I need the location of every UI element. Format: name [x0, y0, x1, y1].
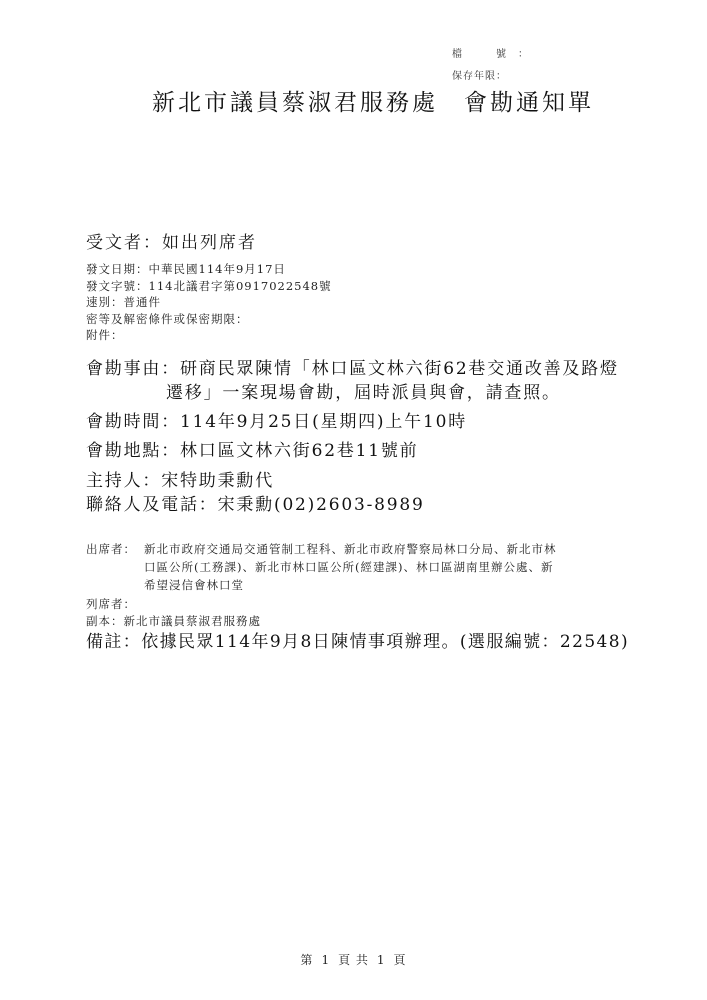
- page-prefix: 第: [300, 953, 313, 967]
- archive-number-label: 檔 號：: [452, 45, 540, 60]
- attachments: 附件：: [86, 327, 332, 344]
- document-meta: 發文日期：中華民國114年9月17日 發文字號：114北議君字第09170225…: [86, 261, 332, 344]
- remark: 備註：依據民眾114年9月8日陳情事項辦理。(選服編號：22548): [86, 627, 629, 652]
- contact-label: 聯絡人及電話：: [86, 495, 218, 515]
- host-value: 宋特助秉勳代: [161, 471, 274, 491]
- inspection-subject: 會勘事由：研商民眾陳情「林口區文林六街62巷交通改善及路燈 遷移」一案現場會勘，…: [86, 357, 619, 405]
- page-suffix: 頁: [394, 953, 407, 967]
- subject-line-1: 研商民眾陳情「林口區文林六街62巷交通改善及路燈: [180, 359, 619, 379]
- document-title: 新北市議員蔡淑君服務處會勘通知單: [152, 84, 594, 117]
- speed-class-value: 普通件: [124, 295, 162, 309]
- cc-label: 副本：: [86, 614, 124, 628]
- attendees: 出席者： 新北市政府交通局交通管制工程科、新北市政府警察局林口分局、新北市林 口…: [86, 541, 646, 595]
- retention-period-label: 保存年限：: [452, 71, 507, 82]
- cc-value: 新北市議員蔡淑君服務處: [124, 614, 262, 628]
- observers: 列席者：: [86, 596, 136, 612]
- subject-line-2: 遷移」一案現場會勘，屆時派員與會，請查照。: [166, 383, 561, 403]
- issue-date-label: 發文日期：: [86, 262, 149, 276]
- recipient-label: 受文者：: [86, 233, 162, 253]
- inspection-time: 會勘時間：114年9月25日(星期四)上午10時: [86, 410, 467, 434]
- document-type: 會勘通知單: [464, 90, 594, 116]
- attendees-line: 口區公所(工務課)、新北市林口區公所(經建課)、林口區湖南里辦公處、新: [144, 559, 646, 577]
- attendees-label: 出席者：: [86, 541, 136, 557]
- inspection-time-label: 會勘時間：: [86, 412, 180, 432]
- page-number: 第1頁 共1頁: [0, 951, 707, 968]
- remark-label: 備註：: [86, 632, 141, 652]
- secrecy-level-label: 密等及解密條件或保密期限：: [86, 312, 249, 326]
- subject-label: 會勘事由：: [86, 359, 180, 379]
- document-number-label: 發文字號：: [86, 279, 149, 293]
- office-name: 新北市議員蔡淑君服務處: [152, 90, 438, 116]
- contact-person: 聯絡人及電話：宋秉勳(02)2603-8989: [86, 493, 425, 517]
- retention-period-field: 保存年限：: [452, 67, 507, 82]
- attachments-label: 附件：: [86, 328, 124, 342]
- issue-date-value: 中華民國114年9月17日: [149, 262, 286, 276]
- recipient-value: 如出列席者: [162, 233, 257, 253]
- page-mid: 頁 共: [338, 953, 369, 967]
- recipient-line: 受文者：如出列席者: [86, 228, 257, 253]
- attendees-line: 新北市政府交通局交通管制工程科、新北市政府警察局林口分局、新北市林: [144, 541, 646, 559]
- attendees-list: 新北市政府交通局交通管制工程科、新北市政府警察局林口分局、新北市林 口區公所(工…: [144, 541, 646, 595]
- host-label: 主持人：: [86, 471, 161, 491]
- observers-label: 列席者：: [86, 597, 136, 611]
- attendees-line: 希望浸信會林口堂: [144, 577, 646, 595]
- document-number-value: 114北議君字第0917022548號: [149, 279, 332, 293]
- inspection-location: 會勘地點：林口區文林六街62巷11號前: [86, 439, 418, 463]
- host: 主持人：宋特助秉勳代: [86, 469, 274, 493]
- inspection-location-label: 會勘地點：: [86, 441, 180, 461]
- page-total: 1: [377, 953, 386, 967]
- page-current: 1: [321, 953, 330, 967]
- remark-value: 依據民眾114年9月8日陳情事項辦理。(選服編號：22548): [141, 632, 629, 652]
- document-number: 發文字號：114北議君字第0917022548號: [86, 278, 332, 295]
- inspection-time-value: 114年9月25日(星期四)上午10時: [180, 412, 467, 432]
- speed-class: 速別：普通件: [86, 294, 332, 311]
- secrecy-level: 密等及解密條件或保密期限：: [86, 311, 332, 328]
- speed-class-label: 速別：: [86, 295, 124, 309]
- archive-number-field: 檔 號：: [452, 45, 540, 60]
- inspection-location-value: 林口區文林六街62巷11號前: [180, 441, 418, 461]
- issue-date: 發文日期：中華民國114年9月17日: [86, 261, 332, 278]
- contact-value: 宋秉勳(02)2603-8989: [218, 495, 425, 515]
